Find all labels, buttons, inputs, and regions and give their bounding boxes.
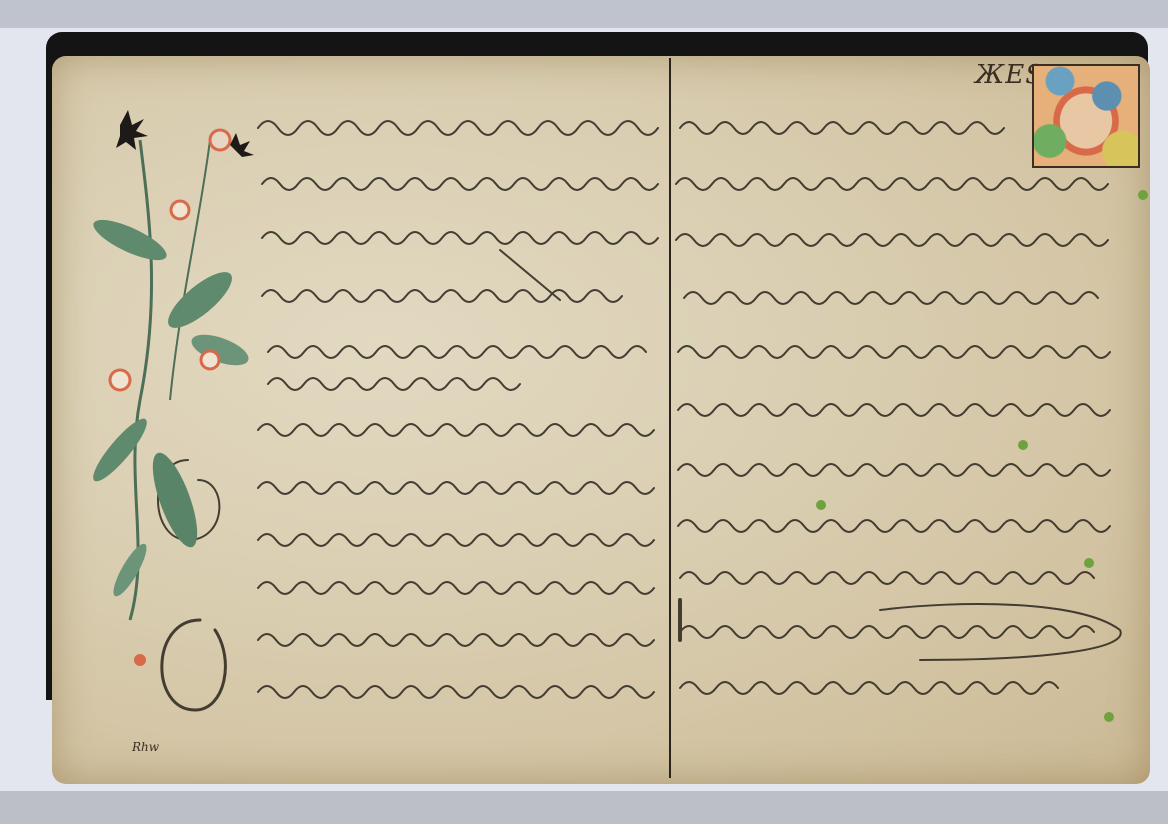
script-line [680, 682, 1058, 694]
script-line [680, 626, 1094, 638]
script-line [676, 178, 1108, 190]
green-speck [1084, 558, 1094, 568]
signature-mark: Rhw [132, 740, 159, 754]
leaf [160, 264, 239, 337]
dark-blossom [230, 133, 254, 157]
script-line [262, 290, 622, 302]
leaf [89, 212, 172, 268]
script-line [684, 292, 1098, 304]
script-line [680, 572, 1094, 584]
script-line [678, 520, 1110, 532]
dark-blossom [116, 110, 148, 150]
leaf [188, 328, 253, 371]
script-line [258, 686, 654, 698]
script-line [258, 121, 658, 135]
script-line [258, 424, 654, 436]
flower [210, 130, 230, 150]
script-line [678, 346, 1110, 358]
script-line [268, 378, 520, 390]
script-line [678, 404, 1110, 416]
green-speck [1104, 712, 1114, 722]
green-speck [1018, 440, 1028, 450]
green-speck [816, 500, 826, 510]
script-line [268, 346, 646, 358]
flourish [880, 604, 1121, 660]
script-line [262, 232, 658, 244]
flower [201, 351, 219, 369]
script-line [258, 582, 654, 594]
script-line [680, 122, 1004, 134]
flower [134, 654, 146, 666]
script-line [258, 534, 654, 546]
flower [171, 201, 189, 219]
script-line [258, 482, 654, 494]
leaf [144, 448, 206, 552]
script-line [676, 234, 1108, 246]
leaf [108, 540, 152, 600]
green-speck [1138, 190, 1148, 200]
script-line [258, 634, 654, 646]
script-line [678, 464, 1110, 476]
botanical-illustration [80, 100, 260, 680]
flower [110, 370, 130, 390]
leaf [87, 413, 154, 487]
script-line [262, 178, 658, 190]
illuminated-painting [1032, 64, 1140, 168]
